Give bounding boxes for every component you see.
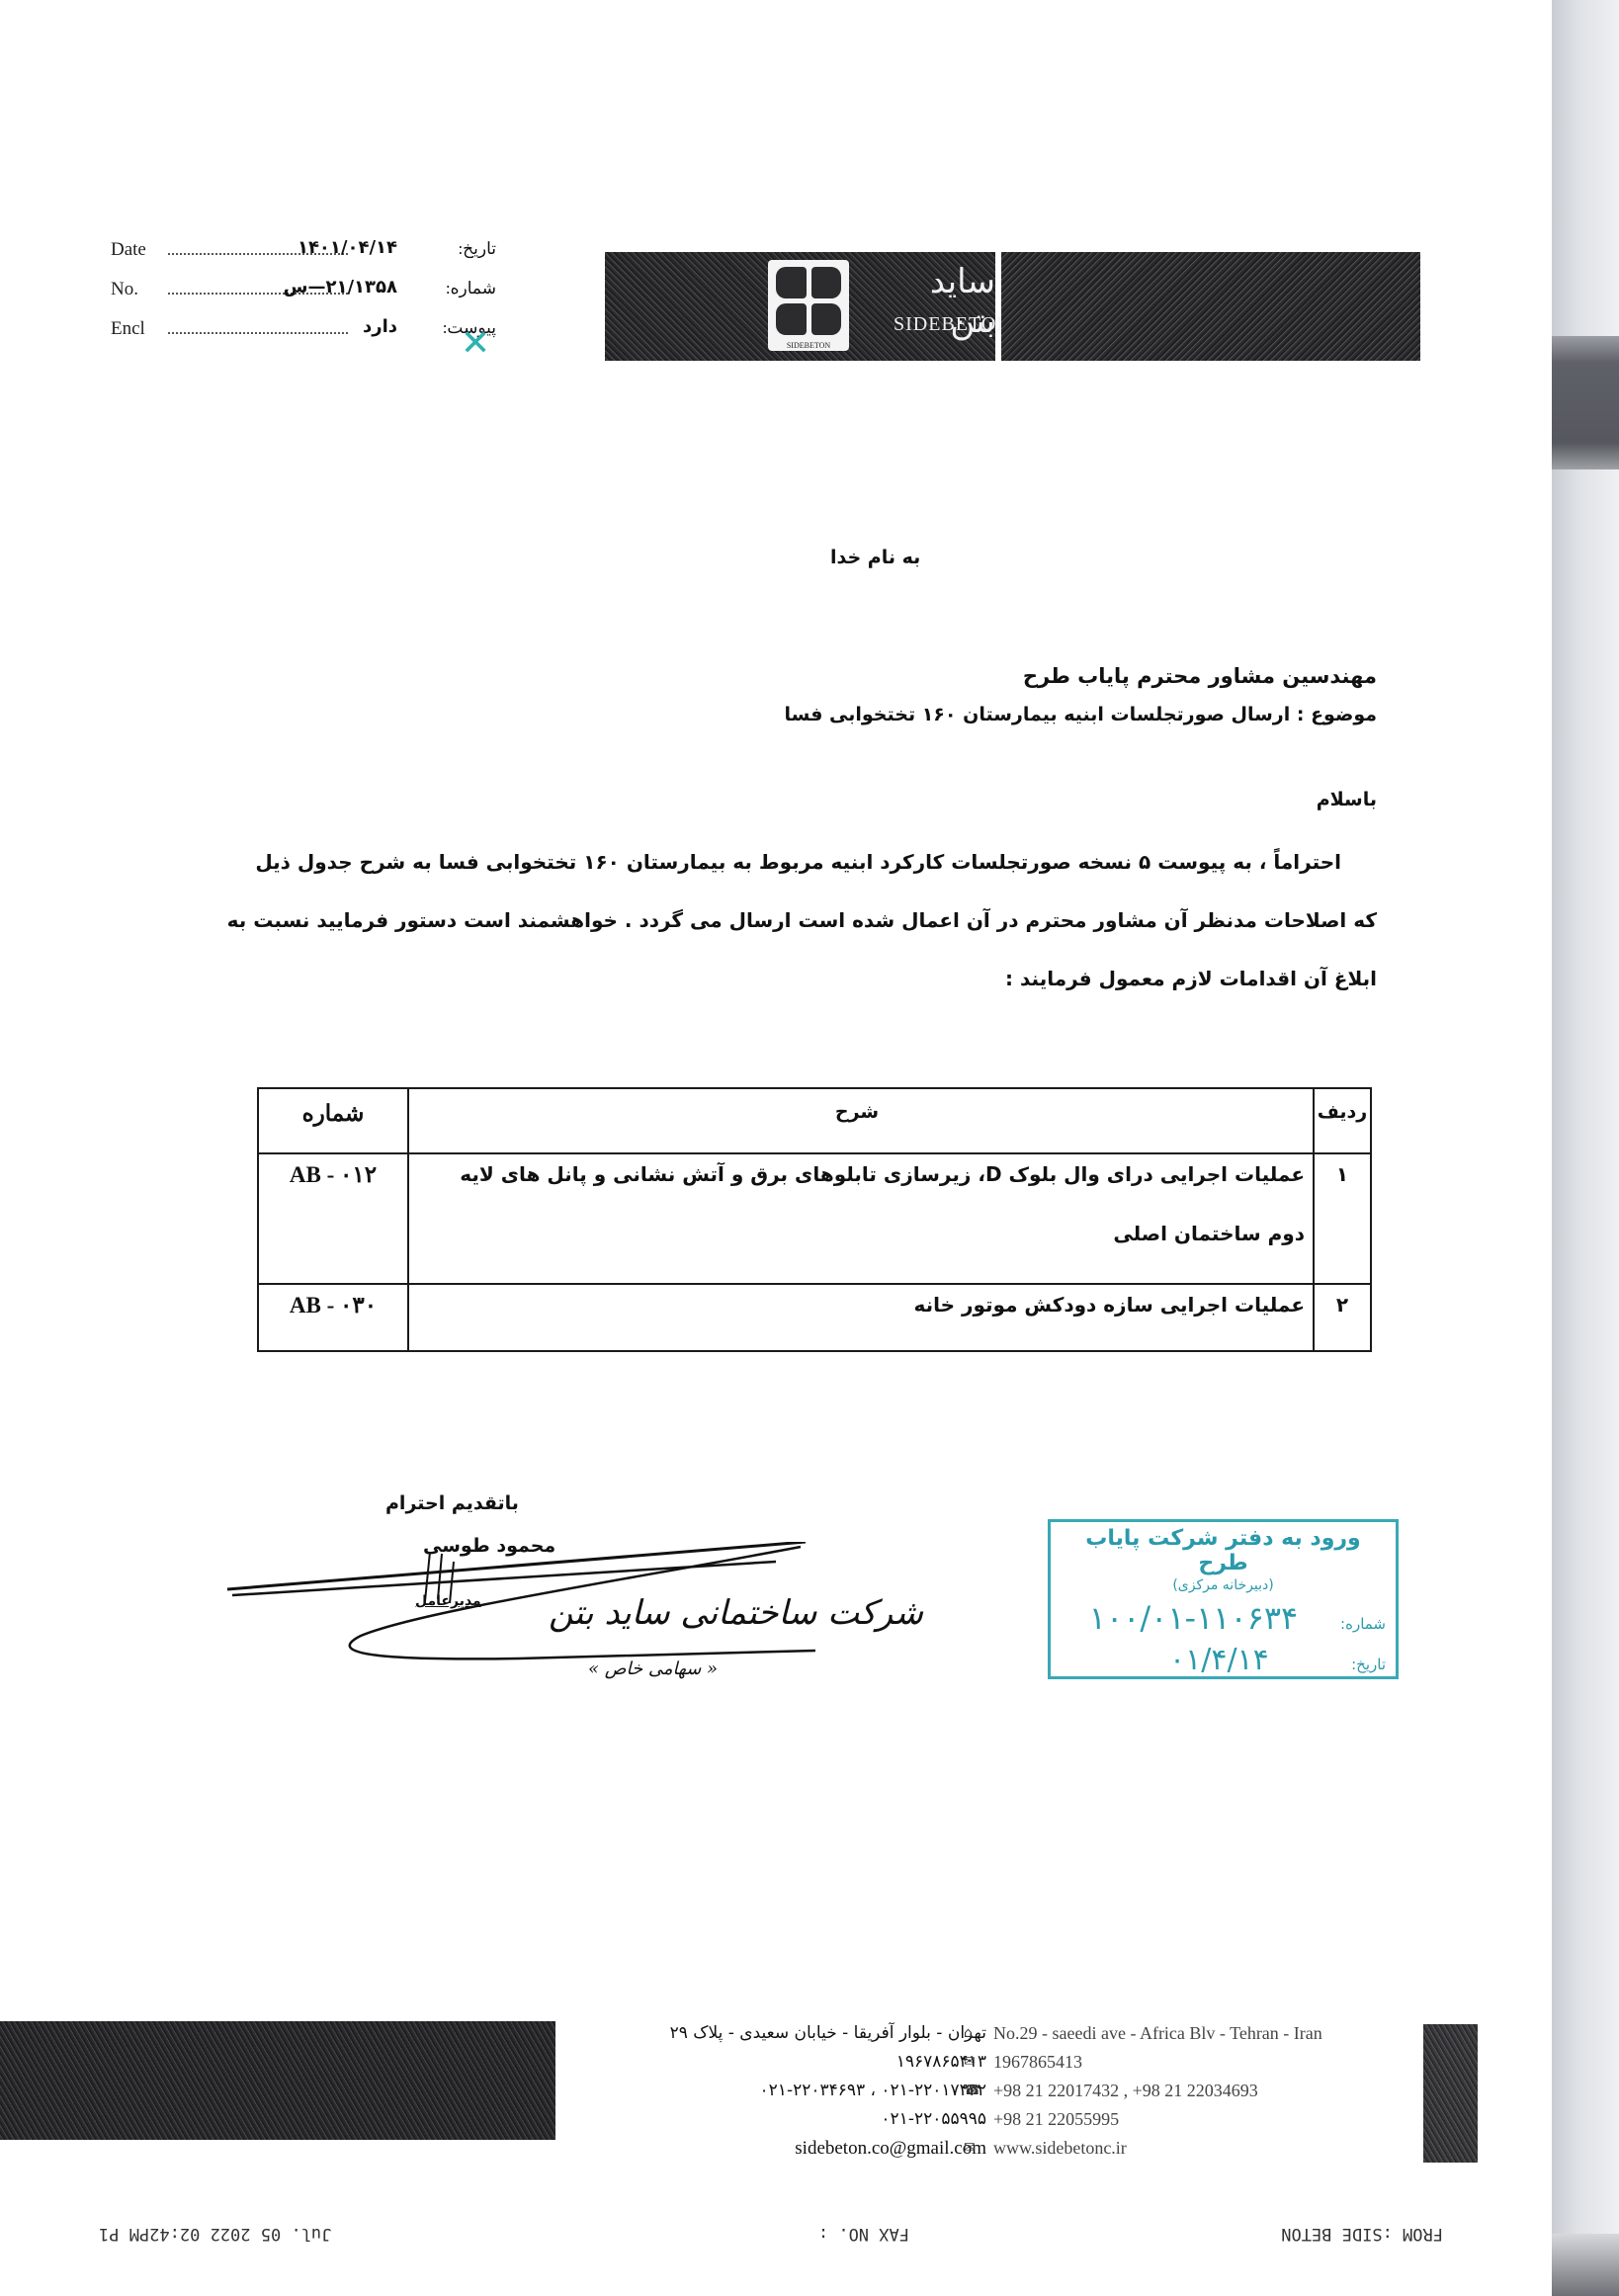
logo-panel-right [1001, 252, 1420, 361]
header-description: شرح [408, 1088, 1314, 1153]
fax-icon [964, 2105, 980, 2134]
stamp-number-value: ۱۰۰/۰۱-۱۱۰۶۳۴ [1061, 1599, 1326, 1637]
letter-meta: Date ۱۴۰۱/۰۴/۱۴ تاریخ: No. ۲۱/۱۳۵۸—س شما… [111, 239, 496, 358]
fax-timestamp: Jul. 05 2022 02:42PM P1 [99, 2224, 331, 2244]
stamp-date-value: ۰۱/۴/۱۴ [1061, 1643, 1326, 1677]
company-type: « سهامی خاص » [588, 1658, 718, 1679]
body-line: که اصلاحات مدنظر آن مشاور محترم در آن اع… [250, 892, 1377, 950]
footer-fax-fa: ۰۲۱-۲۲۰۵۵۹۹۵ [670, 2105, 986, 2134]
stamp-subtitle: (دبیرخانه مرکزی) [1061, 1577, 1386, 1593]
addressee: مهندسین مشاور محترم پایاب طرح [1023, 664, 1377, 688]
header-number: شماره [258, 1088, 408, 1153]
check-mark-icon: ✕ [461, 326, 490, 362]
body-line: احتراماً ، به پیوست ۵ نسخه صورتجلسات کار… [250, 833, 1377, 892]
stamp-date-row: تاریخ: ۰۱/۴/۱۴ [1061, 1643, 1386, 1677]
footer-fax-en: +98 21 22055995 [993, 2105, 1322, 2134]
postal-icon: ✉ [964, 2048, 980, 2077]
bismillah: به نام خدا [830, 547, 920, 568]
meta-value: ۲۱/۱۳۵۸—س [284, 277, 397, 298]
meta-date: Date ۱۴۰۱/۰۴/۱۴ تاریخ: [111, 239, 496, 279]
header-index: ردیف [1314, 1088, 1371, 1153]
home-icon: ⌂ [964, 2019, 980, 2048]
phone-icon: ☎ [964, 2077, 980, 2105]
meta-label-en: Encl [111, 318, 145, 340]
logo-caption: SIDEBETON [768, 341, 849, 350]
meta-label-fa: تاریخ: [458, 239, 496, 259]
signer-title: مدیرعامل [415, 1593, 481, 1609]
signer-name: محمود طوسی [423, 1535, 555, 1557]
brand-name-en: SIDEBETON [894, 313, 1012, 336]
cell-description: عملیات اجرایی درای وال بلوک D، زیرسازی ت… [408, 1153, 1314, 1284]
table-row: ۱ عملیات اجرایی درای وال بلوک D، زیرسازی… [258, 1153, 1371, 1284]
cell-description: عملیات اجرایی سازه دودکش موتور خانه [408, 1284, 1314, 1351]
subject-line: موضوع : ارسال صورتجلسات ابنیه بیمارستان … [785, 704, 1378, 725]
meta-number: No. ۲۱/۱۳۵۸—س شماره: [111, 279, 496, 318]
footer-phone-en: +98 21 22017432 , +98 21 22034693 [993, 2077, 1322, 2105]
meta-value: ۱۴۰۱/۰۴/۱۴ [298, 237, 397, 258]
body-paragraph: احتراماً ، به پیوست ۵ نسخه صورتجلسات کار… [250, 833, 1377, 1008]
footer-icons: ⌂ ✉ ☎ ✉ [964, 2019, 980, 2163]
meta-label-en: No. [111, 279, 138, 300]
meta-enclosure: Encl دارد پیوست: [111, 318, 496, 358]
stamp-title: ورود به دفتر شرکت پایاب طرح [1061, 1526, 1386, 1575]
footer-address-fa: تهران - بلوار آفریقا - خیابان سعیدی - پل… [670, 2019, 986, 2048]
cell-index: ۲ [1314, 1284, 1371, 1351]
footer-postal-fa: ۱۹۶۷۸۶۵۴۱۳ [670, 2048, 986, 2077]
footer-postal-en: 1967865413 [993, 2048, 1322, 2077]
footer-contact-en: No.29 - saeedi ave - Africa Blv - Tehran… [993, 2019, 1322, 2163]
meta-value: دارد [363, 316, 397, 337]
closing-regards: باتقدیم احترام [385, 1492, 519, 1514]
cell-number: AB - ۰۳۰ [258, 1284, 408, 1351]
cell-index: ۱ [1314, 1153, 1371, 1284]
reception-stamp: ورود به دفتر شرکت پایاب طرح (دبیرخانه مر… [1048, 1519, 1399, 1679]
description-line: عملیات اجرایی درای وال بلوک D، زیرسازی ت… [460, 1162, 1305, 1186]
body-line: ابلاغ آن اقدامات لازم معمول فرمایند : [250, 950, 1377, 1008]
fax-number: FAX NO. : [818, 2224, 909, 2244]
footer-dark-block [0, 2021, 555, 2140]
scanner-edge [1552, 0, 1619, 2296]
email-icon: ✉ [964, 2134, 980, 2163]
salutation: باسلام [1317, 789, 1377, 810]
footer-contact-fa: تهران - بلوار آفریقا - خیابان سعیدی - پل… [670, 2019, 986, 2163]
documents-table: ردیف شرح شماره ۱ عملیات اجرایی درای وال … [257, 1087, 1372, 1352]
scanner-shadow-bottom [1552, 2234, 1619, 2296]
dotted-line [168, 332, 348, 334]
description-line: عملیات اجرایی سازه دودکش موتور خانه [913, 1293, 1305, 1317]
meta-label-fa: شماره: [446, 279, 496, 298]
footer-website: www.sidebetonc.ir [993, 2134, 1322, 2163]
footer-dark-block-right [1423, 2024, 1478, 2163]
fax-from: FROM :SIDE BETON [1281, 2224, 1443, 2244]
cell-number: AB - ۰۱۲ [258, 1153, 408, 1284]
fax-transmission-header: FROM :SIDE BETON FAX NO. : Jul. 05 2022 … [99, 2214, 1443, 2244]
company-logo-banner: SIDEBETON ساید بتن SIDEBETON [605, 252, 1420, 361]
scanner-shadow [1552, 336, 1619, 469]
logo-panel-left: SIDEBETON ساید بتن SIDEBETON [605, 252, 995, 361]
table-row: ۲ عملیات اجرایی سازه دودکش موتور خانه AB… [258, 1284, 1371, 1351]
table-header-row: ردیف شرح شماره [258, 1088, 1371, 1153]
sb-logo-icon: SIDEBETON [768, 260, 849, 351]
stamp-date-label: تاریخ: [1326, 1656, 1386, 1673]
footer-address-en: No.29 - saeedi ave - Africa Blv - Tehran… [993, 2019, 1322, 2048]
footer-email: sidebeton.co@gmail.com [670, 2134, 986, 2163]
company-stamp-name: شرکت ساختمانی ساید بتن [549, 1593, 923, 1633]
stamp-number-row: شماره: ۱۰۰/۰۱-۱۱۰۶۳۴ [1061, 1599, 1386, 1637]
description-line: دوم ساختمان اصلی [409, 1222, 1305, 1245]
stamp-number-label: شماره: [1326, 1615, 1386, 1633]
footer-phone-fa: ۰۲۱-۲۲۰۱۷۴۳۲ ، ۰۲۱-۲۲۰۳۴۶۹۳ [670, 2077, 986, 2105]
meta-label-en: Date [111, 239, 146, 261]
